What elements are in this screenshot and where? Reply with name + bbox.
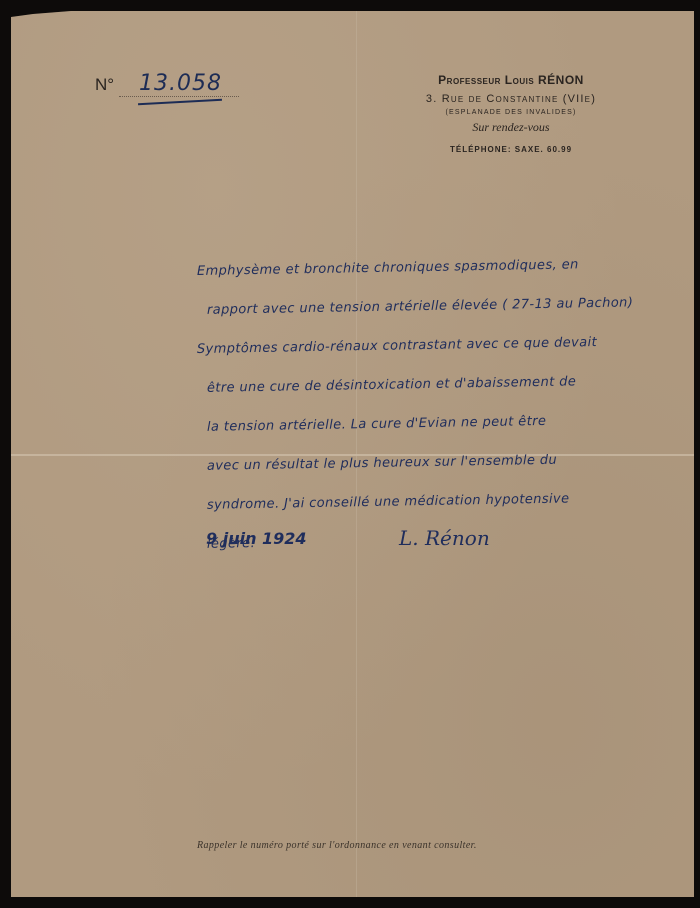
signature: L. Rénon [399, 526, 490, 550]
footer-notice: Rappeler le numéro porté sur l'ordonnanc… [197, 840, 477, 851]
number-label: N° [95, 75, 114, 95]
handwritten-body: Emphysème et bronchite chroniques spasmo… [197, 257, 697, 569]
letterhead-sub-address: (ESPLANADE DES INVALIDES) [401, 109, 621, 116]
prescription-number: 13.058 [139, 71, 222, 96]
letter-paper: N° 13.058 Professeur Louis RÉNON 3. Rue … [11, 11, 694, 897]
number-dotted-line [119, 96, 239, 97]
letterhead-telephone: TÉLÉPHONE: SAXE. 60.99 [401, 145, 621, 154]
letterhead: Professeur Louis RÉNON 3. Rue de Constan… [401, 73, 621, 154]
handwritten-date: 9 juin 1924 [206, 529, 307, 548]
letterhead-name: Professeur Louis RÉNON [401, 73, 621, 87]
letterhead-address: 3. Rue de Constantine (VIIe) [401, 93, 621, 105]
number-underline [138, 99, 222, 105]
letterhead-appointment: Sur rendez-vous [401, 120, 621, 135]
